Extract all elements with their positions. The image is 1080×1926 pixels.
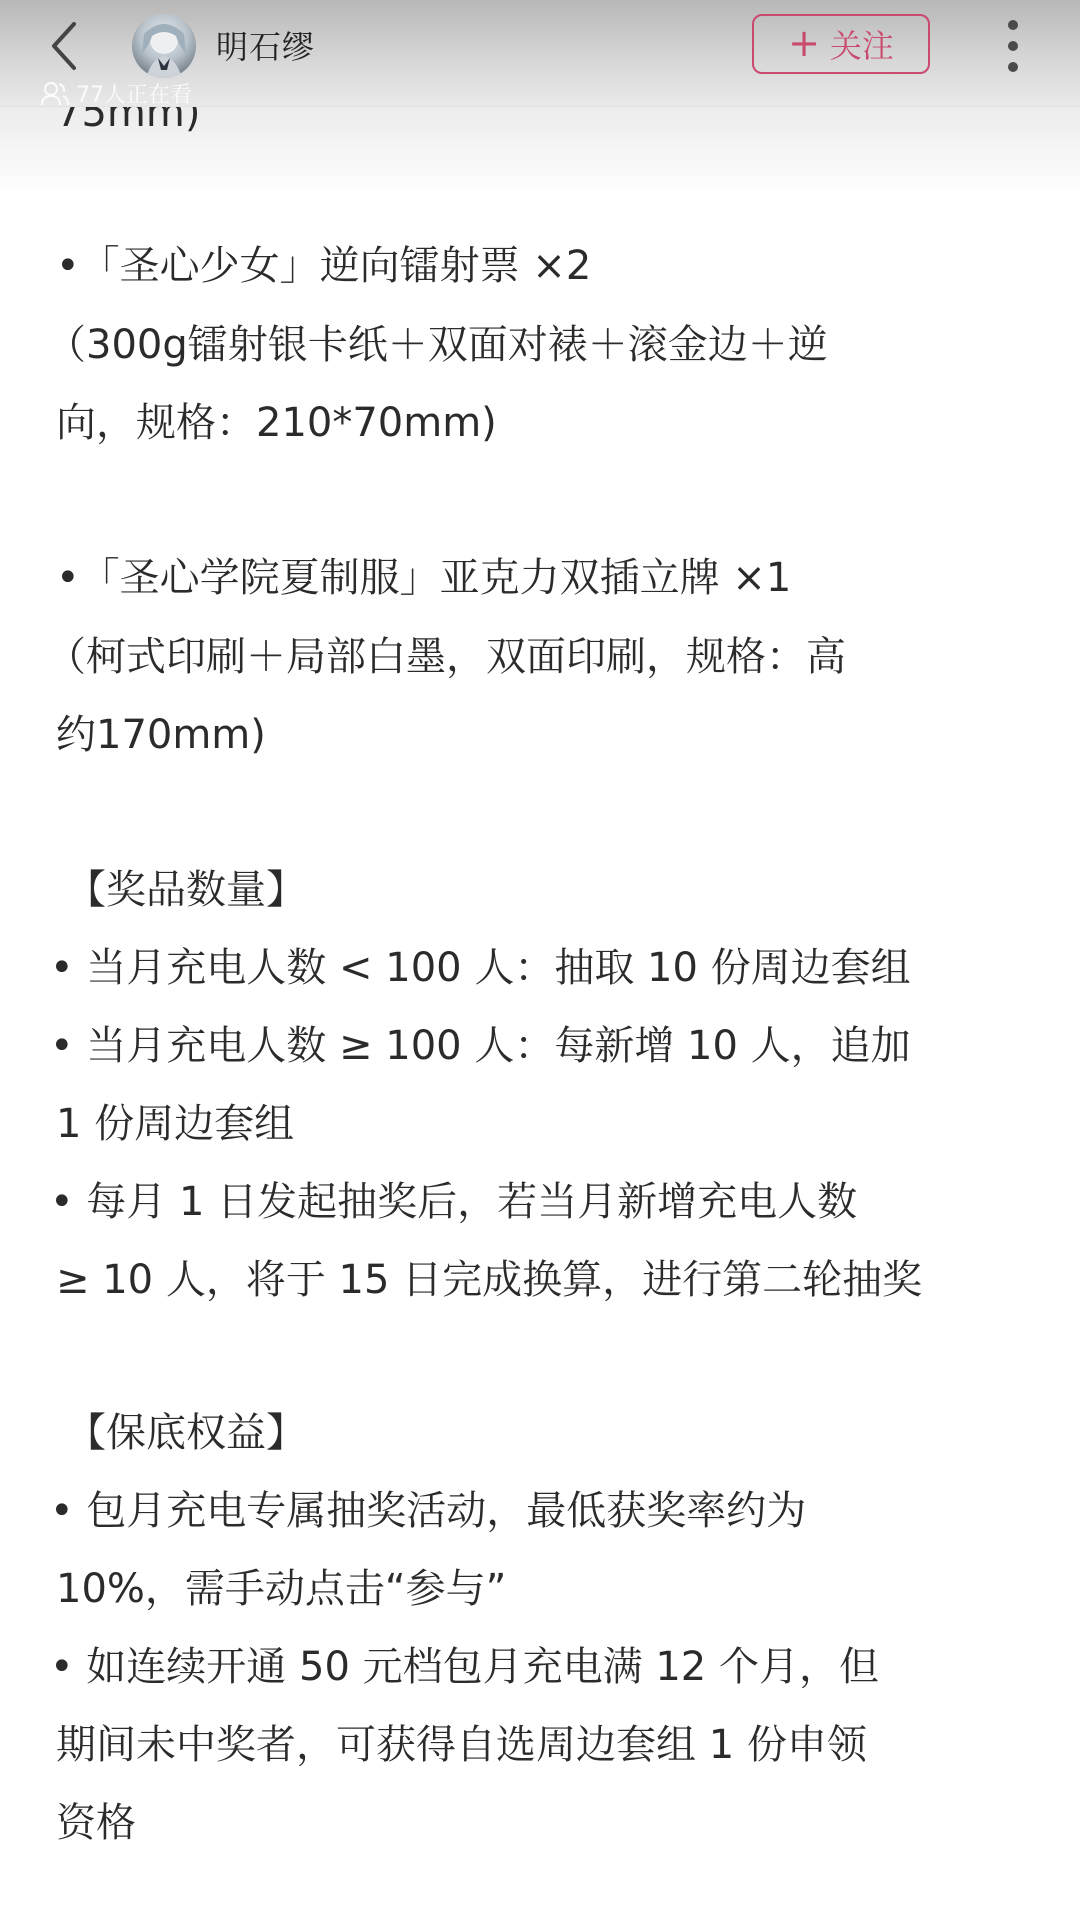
list-item: •「圣心少女」逆向镭射票 ×2 bbox=[56, 241, 591, 291]
top-bar: 明石缪 77人正在看 + 关注 bbox=[0, 0, 1080, 107]
text-line: （300g镭射银卡纸＋双面对裱＋滚金边＋逆 bbox=[46, 320, 828, 370]
text-line: 1 份周边套组 bbox=[56, 1099, 294, 1149]
follow-button[interactable]: + 关注 bbox=[752, 14, 930, 74]
viewer-count-text: 77人正在看 bbox=[76, 78, 192, 109]
text-line: ≥ 10 人，将于 15 日完成换算，进行第二轮抽奖 bbox=[56, 1255, 922, 1305]
text-line: 约170mm) bbox=[56, 710, 266, 760]
list-item: • 如连续开通 50 元档包月充电满 12 个月，但 bbox=[50, 1642, 879, 1692]
follow-label: 关注 bbox=[830, 21, 894, 67]
text-line: （柯式印刷＋局部白墨，双面印刷，规格：高 bbox=[46, 632, 846, 682]
dot-icon bbox=[1008, 20, 1018, 30]
list-item: • 每月 1 日发起抽奖后，若当月新增充电人数 bbox=[50, 1177, 857, 1227]
list-item: •「圣心学院夏制服」亚克力双插立牌 ×1 bbox=[56, 553, 791, 603]
more-options-button[interactable] bbox=[1000, 20, 1026, 72]
section-heading: 【奖品数量】 bbox=[66, 865, 306, 915]
dot-icon bbox=[1008, 41, 1018, 51]
plus-icon: + bbox=[788, 24, 820, 62]
username[interactable]: 明石缪 bbox=[216, 22, 315, 68]
chevron-left-icon bbox=[46, 18, 86, 74]
people-icon bbox=[40, 81, 70, 107]
avatar[interactable] bbox=[132, 14, 196, 78]
list-item: • 当月充电人数 < 100 人：抽取 10 份周边套组 bbox=[50, 943, 911, 993]
section-heading: 【保底权益】 bbox=[66, 1408, 306, 1458]
list-item: • 包月充电专属抽奖活动，最低获奖率约为 bbox=[50, 1486, 806, 1536]
text-line: 资格 bbox=[56, 1798, 136, 1848]
text-line: 期间未中奖者，可获得自选周边套组 1 份申领 bbox=[56, 1720, 867, 1770]
text-line: 向，规格：210*70mm) bbox=[56, 398, 497, 448]
back-button[interactable] bbox=[46, 18, 86, 74]
avatar-image bbox=[132, 14, 196, 78]
viewer-count: 77人正在看 bbox=[40, 78, 192, 109]
dot-icon bbox=[1008, 62, 1018, 72]
text-line: 10%，需手动点击“参与” bbox=[56, 1564, 506, 1614]
list-item: • 当月充电人数 ≥ 100 人：每新增 10 人，追加 bbox=[50, 1021, 911, 1071]
